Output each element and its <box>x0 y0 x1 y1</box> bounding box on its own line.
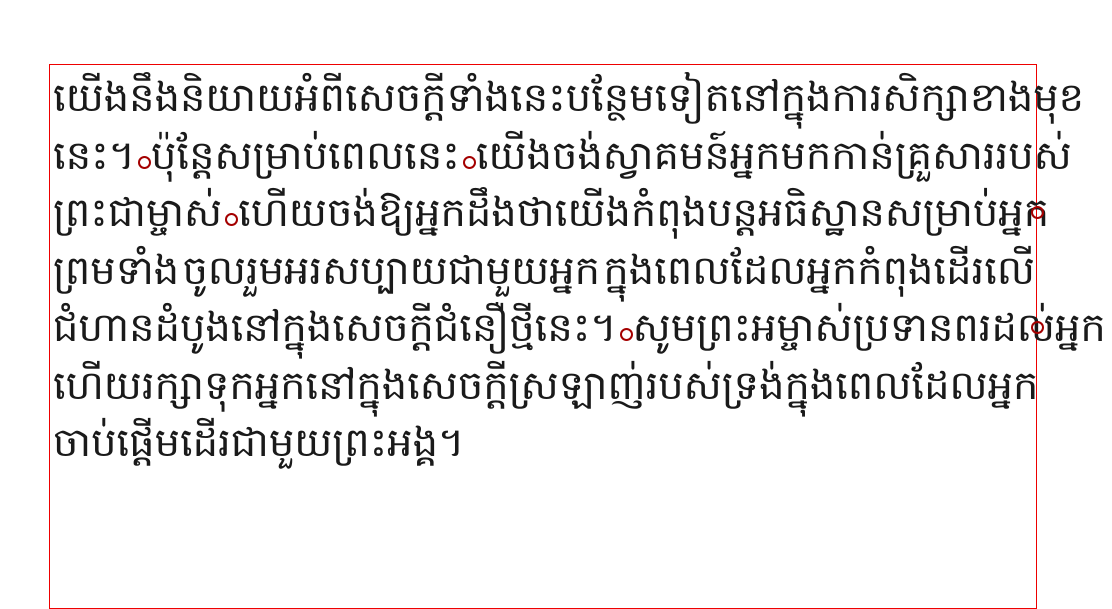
text-line: ព្រមទាំងចូលរួមអរសប្បាយជាមួយអ្នកក្នុងពេលដ… <box>53 243 1035 301</box>
text-segment: ព្រមទាំង <box>53 243 179 301</box>
text-run: យើងចង់ស្វាគមន៍អ្នកមកកាន់គ្រួសាររបស់ <box>476 133 1072 179</box>
text-run: ហើយរក្សា <box>53 363 204 409</box>
text-segment: ចាប់ផ្តើមដើរជាមួយព្រះអង្គ។ <box>53 415 464 473</box>
text-line: ចាប់ផ្តើមដើរជាមួយព្រះអង្គ។ <box>53 415 1035 473</box>
text-segment: ប៉ុន្តែសម្រាប់ពេលនេះ <box>151 128 476 186</box>
text-run: ប៉ុន្តែសម្រាប់ពេលនេះ <box>151 133 460 179</box>
word-boundary-marker-icon <box>1031 206 1044 219</box>
word-boundary-marker-icon <box>138 156 151 169</box>
text-run: ព្រះជាម្ចាស់ <box>53 190 222 236</box>
text-line: ហើយរក្សាទុកអ្នកនៅក្នុងសេចក្តីស្រឡាញ់របស់… <box>53 358 1035 416</box>
text-segment: ជំហានដំបូងនៅក្នុងសេចក្តីជំនឿថ្មីនេះ។ <box>53 300 633 358</box>
text-run: ហើយចង់ឱ្យអ្នកដឹងថាយើងកំពុងបន្តអធិស្ឋានសម… <box>238 190 1049 236</box>
text-segment: ស្រឡាញ់របស់ទ្រង់ក្នុងពេលដែលអ្នក <box>509 358 1039 416</box>
word-boundary-marker-icon <box>620 328 633 341</box>
khmer-paragraph[interactable]: យើងនឹងនិយាយអំពីសេចក្តីទាំងនេះបន្ថែមទៀតនៅ… <box>50 65 1036 577</box>
text-line: នេះ។ប៉ុន្តែសម្រាប់ពេលនេះយើងចង់ស្វាគមន៍អ្… <box>53 128 1035 186</box>
text-segment: ចូលរួមអរសប្បាយជាមួយអ្នក <box>182 243 600 301</box>
text-run: ព្រមទាំង <box>53 248 179 294</box>
word-boundary-marker-icon <box>463 156 476 169</box>
text-run: យើងនឹងនិយាយអំពីសេចក្តី <box>53 75 447 121</box>
text-run: ចូលរួមអរសប្បាយជាមួយអ្នក <box>182 248 600 294</box>
text-line: យើងនឹងនិយាយអំពីសេចក្តីទាំងនេះបន្ថែមទៀតនៅ… <box>53 70 1035 128</box>
text-segment: ទាំងនេះបន្ថែមទៀតនៅក្នុងការសិក្សា <box>447 70 970 128</box>
text-line: ជំហានដំបូងនៅក្នុងសេចក្តីជំនឿថ្មីនេះ។សូមព… <box>53 300 1035 358</box>
word-boundary-marker-icon <box>225 213 238 226</box>
text-segment: ខាងមុខ <box>970 70 1084 128</box>
text-segment: ទុកអ្នកនៅក្នុងសេចក្តី <box>204 358 509 416</box>
text-segment: ក្នុងពេលដែលអ្នកកំពុងដើរលើ <box>603 243 1035 301</box>
text-run: ទុកអ្នកនៅក្នុងសេចក្តី <box>204 363 509 409</box>
text-line: ព្រះជាម្ចាស់ហើយចង់ឱ្យអ្នកដឹងថាយើងកំពុងបន… <box>53 185 1035 243</box>
text-run: ទាំងនេះបន្ថែមទៀតនៅក្នុងការសិក្សា <box>447 75 970 121</box>
text-run: នេះ។ <box>53 133 135 179</box>
text-segment: យើងនឹងនិយាយអំពីសេចក្តី <box>53 70 447 128</box>
text-run: ចាប់ផ្តើមដើរជាមួយព្រះអង្គ។ <box>53 420 464 466</box>
text-run: ក្នុងពេលដែលអ្នកកំពុងដើរលើ <box>603 248 1035 294</box>
red-bordered-text-frame: យើងនឹងនិយាយអំពីសេចក្តីទាំងនេះបន្ថែមទៀតនៅ… <box>49 64 1037 577</box>
text-segment: នេះ។ <box>53 128 151 186</box>
word-boundary-marker-icon <box>1031 321 1044 334</box>
text-run: ជំហានដំបូងនៅក្នុងសេចក្តីជំនឿថ្មីនេះ។ <box>53 305 617 351</box>
text-segment: ហើយរក្សា <box>53 358 204 416</box>
text-segment: យើងចង់ស្វាគមន៍អ្នកមកកាន់គ្រួសាររបស់ <box>476 128 1072 186</box>
text-segment: ហើយចង់ឱ្យអ្នកដឹងថាយើងកំពុងបន្តអធិស្ឋានសម… <box>238 185 1049 243</box>
text-run: ខាងមុខ <box>970 75 1084 121</box>
text-run: ស្រឡាញ់របស់ទ្រង់ក្នុងពេលដែលអ្នក <box>509 363 1039 409</box>
text-segment: ព្រះជាម្ចាស់ <box>53 185 238 243</box>
